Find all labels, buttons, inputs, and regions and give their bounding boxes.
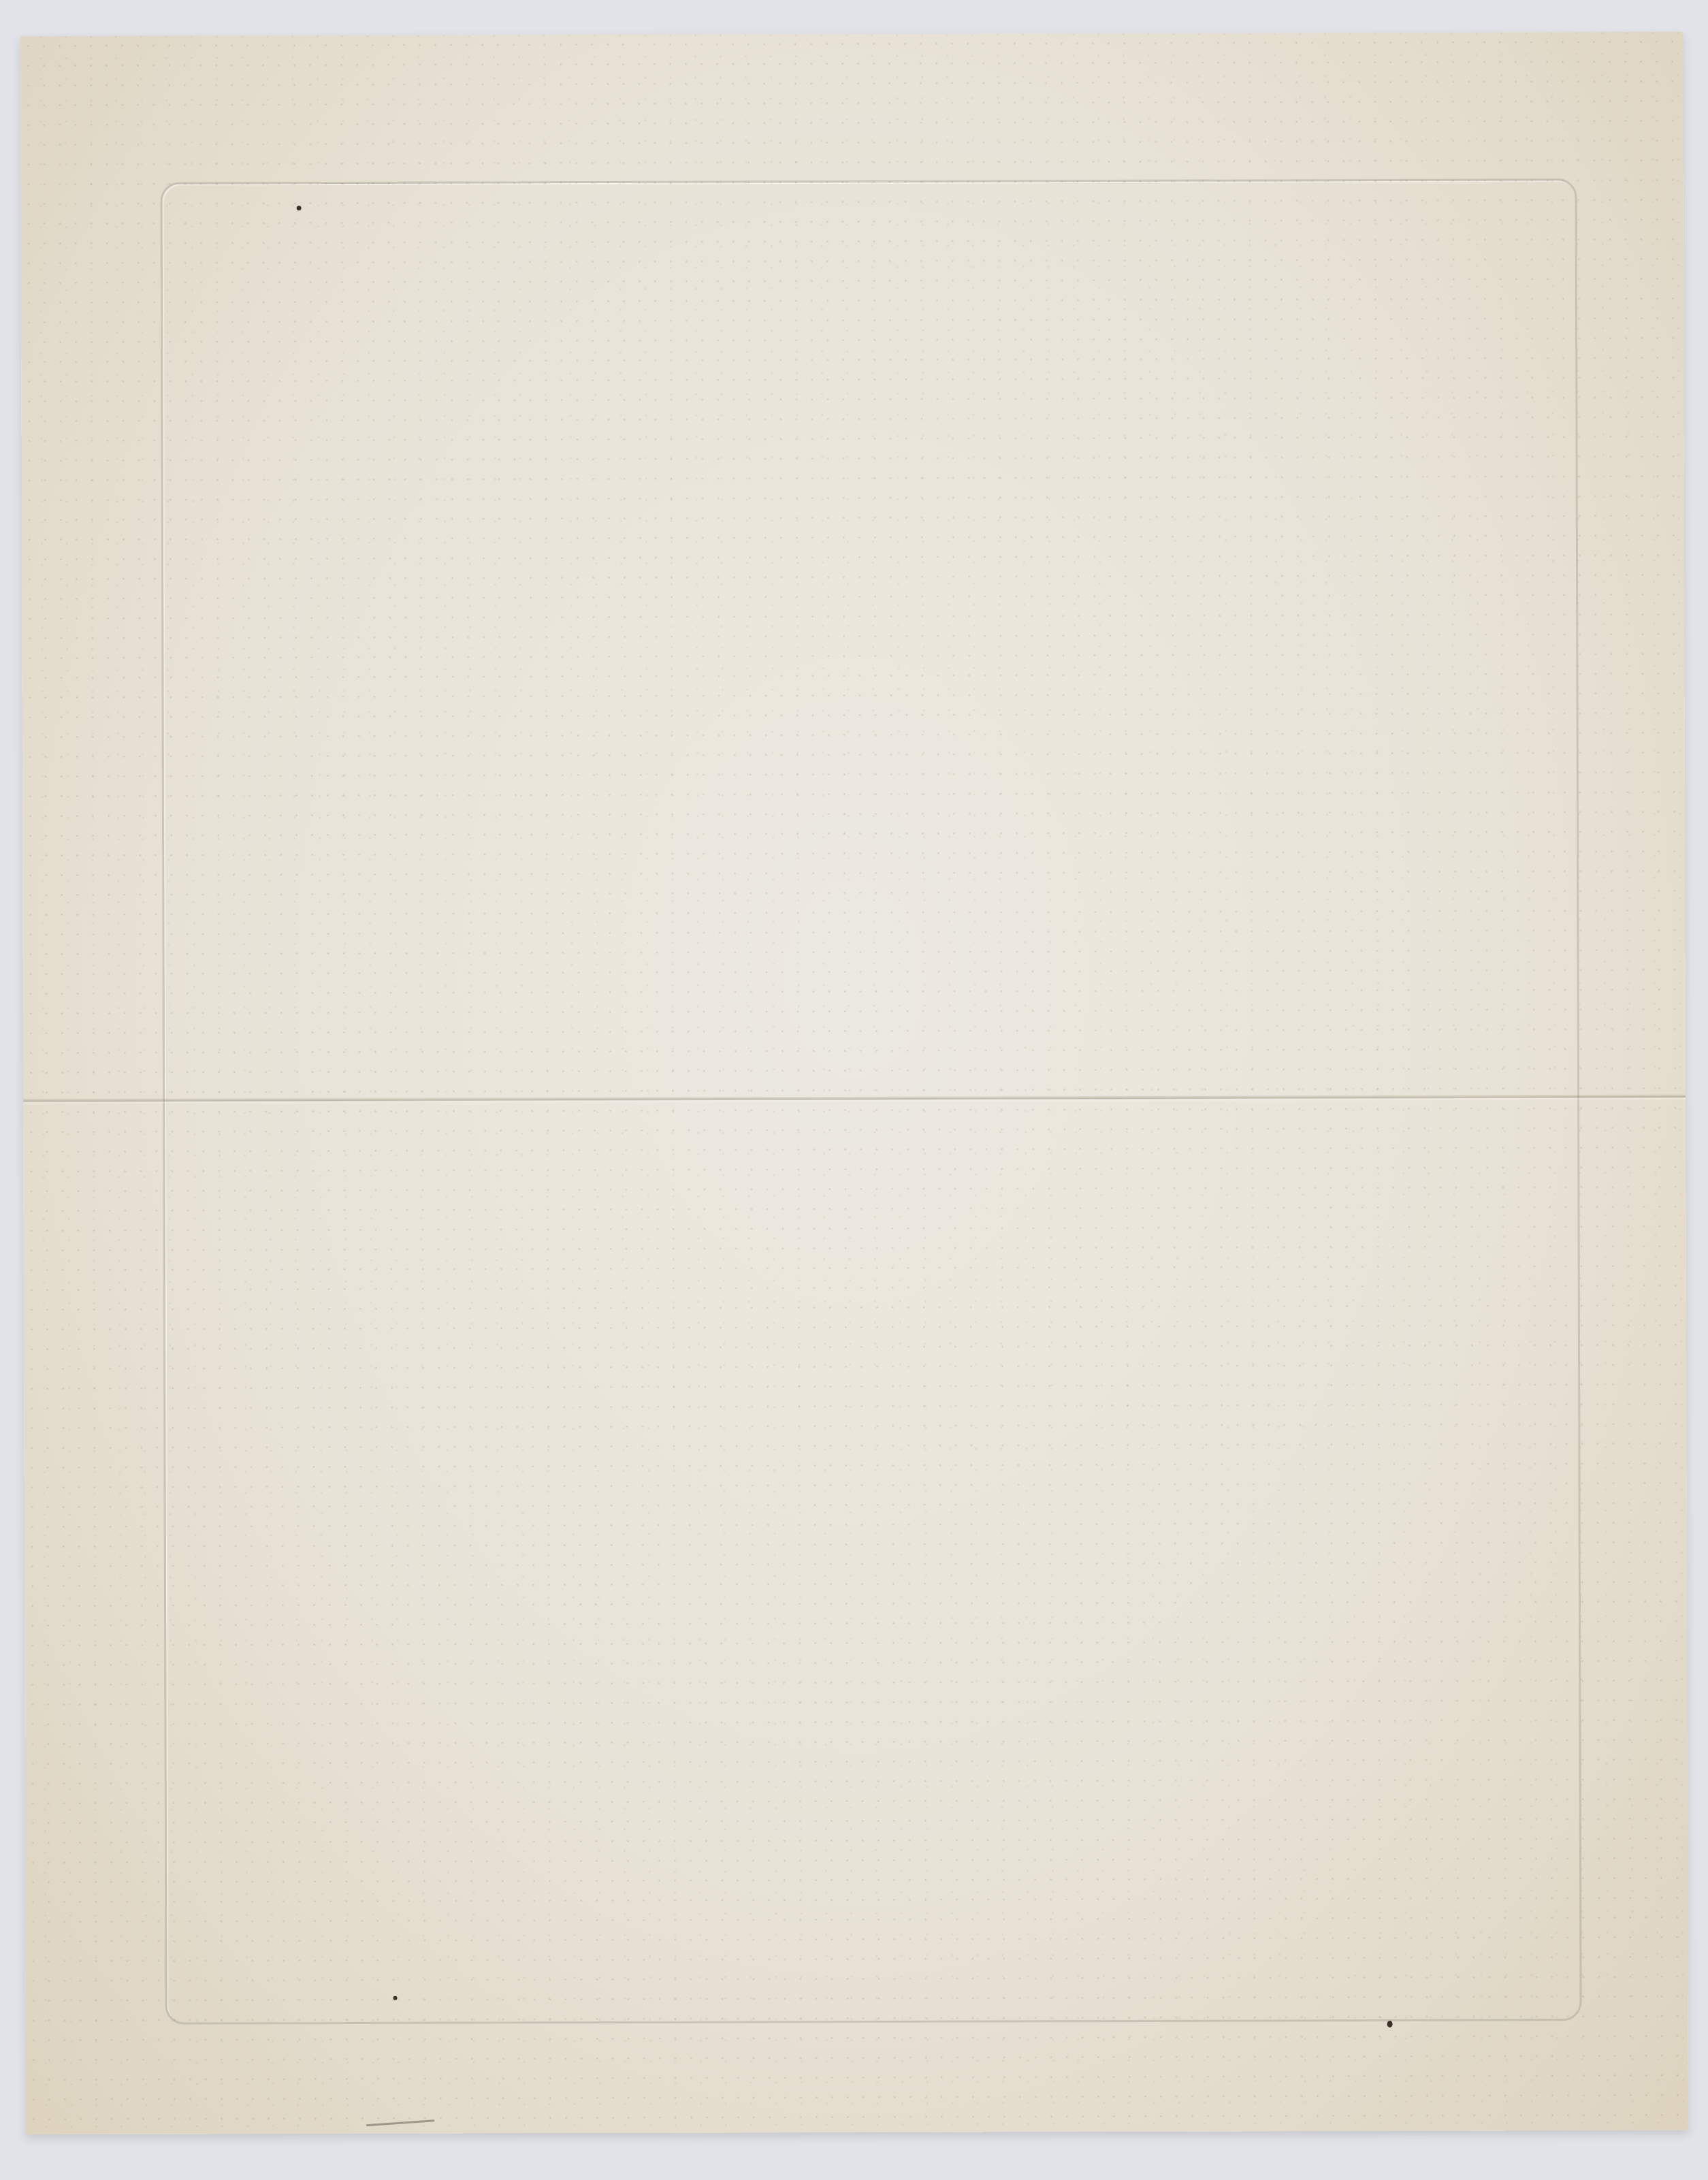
- ink-spot: [393, 1996, 398, 2000]
- ink-spot: [297, 206, 302, 210]
- paper-sheet: [20, 32, 1688, 2134]
- pencil-mark: [366, 2119, 434, 2126]
- ink-spot: [1387, 2021, 1393, 2027]
